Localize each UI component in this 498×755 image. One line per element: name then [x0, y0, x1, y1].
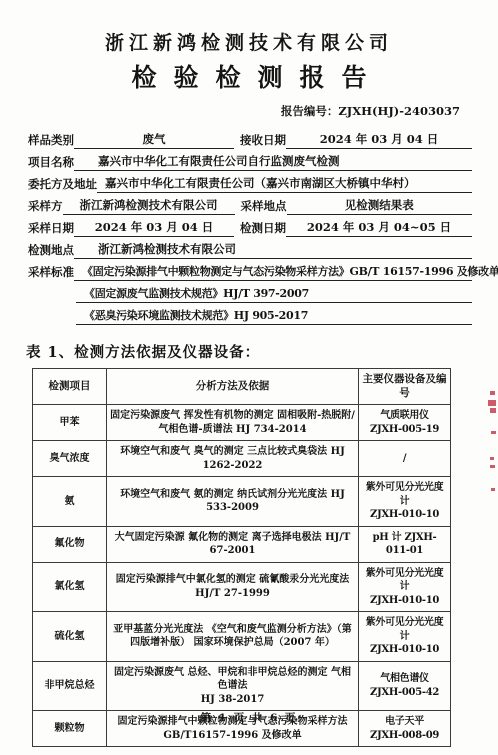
report-number-value: ZJXH(HJ)-2403037: [338, 104, 460, 118]
sampler-value: 浙江新鸿检测技术有限公司: [63, 197, 235, 215]
instrument-cell: 气质联用仪 ZJXH-005-19: [359, 405, 451, 441]
stamp-fragment: [491, 431, 496, 434]
methods-table-body: 甲苯 固定污染源废气 挥发性有机物的测定 固相吸附-热脱附/气相色谱-质谱法 H…: [33, 405, 451, 747]
col-header-item: 检测项目: [33, 369, 107, 405]
sampling-standard-3: 《恶臭污染环境监测技术规范》HJ 905-2017: [76, 307, 472, 325]
field-row-project: 项目名称 嘉兴市中华化工有限责任公司自行监测废气检测: [28, 149, 472, 171]
info-fields: 样品类别 废气 接收日期 2024 年 03 月 04 日 项目名称 嘉兴市中华…: [28, 127, 472, 325]
methods-table-header: 检测项目 分析方法及依据 主要仪器设备及编号: [33, 369, 451, 405]
table-row: 硫化氢 亚甲基蓝分光光度法 《空气和废气监测分析方法》（第四版增补版） 国家环境…: [33, 612, 451, 662]
item-cell: 臭气浓度: [33, 441, 107, 477]
instrument-cell: pH 计 ZJXH-011-01: [359, 526, 451, 562]
method-cell: 环境空气和废气 氨的测定 纳氏试剂分光光度法 HJ 533-2009: [107, 477, 359, 527]
method-cell: 亚甲基蓝分光光度法 《空气和废气监测分析方法》（第四版增补版） 国家环境保护总局…: [107, 612, 359, 662]
report-number-label: 报告编号：: [281, 104, 339, 118]
item-cell: 甲苯: [33, 405, 107, 441]
table-header-row: 检测项目 分析方法及依据 主要仪器设备及编号: [33, 369, 451, 405]
stamp-fragment: [488, 400, 496, 406]
method-cell: 环境空气和废气 臭气的测定 三点比较式臭袋法 HJ 1262-2022: [107, 441, 359, 477]
report-page: 浙江新鸿检测技术有限公司 检验检测报告 报告编号：ZJXH(HJ)-240303…: [0, 0, 498, 755]
test-site-label: 检测地点: [28, 242, 74, 259]
instrument-cell: 紫外可见分光光度计 ZJXH-010-10: [359, 562, 451, 612]
test-date-value: 2024 年 03 月 04~05 日: [286, 219, 472, 237]
table-row: 甲苯 固定污染源废气 挥发性有机物的测定 固相吸附-热脱附/气相色谱-质谱法 H…: [33, 405, 451, 441]
test-date-label: 检测日期: [240, 220, 286, 237]
sample-type-value: 废气: [74, 131, 234, 149]
stamp-fragment: [490, 408, 496, 413]
project-name-value: 嘉兴市中华化工有限责任公司自行监测废气检测: [74, 153, 472, 171]
method-cell: 固定污染源废气 挥发性有机物的测定 固相吸附-热脱附/气相色谱-质谱法 HJ 7…: [107, 405, 359, 441]
field-row-client: 委托方及地址 嘉兴市中华化工有限责任公司（嘉兴市南湖区大桥镇中华村）: [28, 171, 472, 193]
table-title: 表 1、检测方法依据及仪器设备：: [26, 341, 498, 362]
col-header-instrument: 主要仪器设备及编号: [359, 369, 451, 405]
company-name: 浙江新鸿检测技术有限公司: [0, 0, 498, 55]
method-cell: 固定污染源排气中氯化氢的测定 硫氰酸汞分光光度法 HJ/T 27-1999: [107, 562, 359, 612]
stamp-fragment: [490, 391, 495, 395]
table-row: 氯化氢 固定污染源排气中氯化氢的测定 硫氰酸汞分光光度法 HJ/T 27-199…: [33, 562, 451, 612]
field-row-sampling-standard-3: 《恶臭污染环境监测技术规范》HJ 905-2017: [28, 303, 472, 325]
field-row-dates: 采样日期 2024 年 03 月 04 日 检测日期 2024 年 03 月 0…: [28, 215, 472, 237]
sampling-site-label: 采样地点: [241, 198, 287, 215]
item-cell: 氨: [33, 477, 107, 527]
page-number: 第 1 页 共 6 页: [0, 710, 498, 725]
sampling-date-label: 采样日期: [28, 220, 74, 237]
instrument-cell: /: [359, 441, 451, 477]
method-cell: 固定污染源废气 总烃、甲烷和非甲烷总烃的测定 气相色谱法 HJ 38-2017: [107, 661, 359, 711]
project-name-label: 项目名称: [28, 154, 74, 171]
receive-date-label: 接收日期: [240, 132, 286, 149]
sampling-standard-1: 《固定污染源排气中颗粒物测定与气态污染物采样方法》GB/T 16157-1996…: [74, 263, 472, 281]
field-row-sampling-standard-2: 《固定源废气监测技术规范》HJ/T 397-2007: [28, 281, 472, 303]
client-address-value: 嘉兴市中华化工有限责任公司（嘉兴市南湖区大桥镇中华村）: [97, 175, 472, 193]
sampling-standard-label: 采样标准: [28, 264, 74, 281]
test-site-value: 浙江新鸿检测技术有限公司: [74, 241, 472, 259]
document-title-row: 检验检测报告: [0, 58, 498, 94]
sampler-label: 采样方: [28, 198, 63, 215]
sample-type-label: 样品类别: [28, 132, 74, 149]
item-cell: 硫化氢: [33, 612, 107, 662]
item-cell: 非甲烷总烃: [33, 661, 107, 711]
table-row: 氨 环境空气和废气 氨的测定 纳氏试剂分光光度法 HJ 533-2009 紫外可…: [33, 477, 451, 527]
col-header-method: 分析方法及依据: [107, 369, 359, 405]
instrument-cell: 紫外可见分光光度计 ZJXH-010-10: [359, 477, 451, 527]
document-title: 检验检测报告: [131, 63, 383, 92]
sampling-date-value: 2024 年 03 月 04 日: [74, 219, 234, 237]
sampling-site-value: 见检测结果表: [287, 197, 473, 215]
client-address-label: 委托方及地址: [28, 176, 97, 193]
table-row: 臭气浓度 环境空气和废气 臭气的测定 三点比较式臭袋法 HJ 1262-2022…: [33, 441, 451, 477]
stamp-fragment: [491, 488, 495, 491]
item-cell: 氯化氢: [33, 562, 107, 612]
instrument-cell: 紫外可见分光光度计 ZJXH-010-10: [359, 612, 451, 662]
instrument-cell: 气相色谱仪 ZJXH-005-42: [359, 661, 451, 711]
report-number-row: 报告编号：ZJXH(HJ)-2403037: [0, 103, 498, 119]
stamp-fragment: [490, 465, 495, 468]
field-row-sample-type: 样品类别 废气 接收日期 2024 年 03 月 04 日: [28, 127, 472, 149]
table-row: 氟化物 大气固定污染源 氟化物的测定 离子选择电极法 HJ/T 67-2001 …: [33, 526, 451, 562]
item-cell: 氟化物: [33, 526, 107, 562]
field-row-sampling-standard-1: 采样标准 《固定污染源排气中颗粒物测定与气态污染物采样方法》GB/T 16157…: [28, 259, 472, 281]
sampling-standard-2: 《固定源废气监测技术规范》HJ/T 397-2007: [76, 285, 472, 303]
field-row-test-site: 检测地点 浙江新鸿检测技术有限公司: [28, 237, 472, 259]
stamp-fragment: [490, 457, 494, 460]
method-cell: 大气固定污染源 氟化物的测定 离子选择电极法 HJ/T 67-2001: [107, 526, 359, 562]
field-row-sampler: 采样方 浙江新鸿检测技术有限公司 采样地点 见检测结果表: [28, 193, 472, 215]
receive-date-value: 2024 年 03 月 04 日: [286, 131, 472, 149]
table-row: 非甲烷总烃 固定污染源废气 总烃、甲烷和非甲烷总烃的测定 气相色谱法 HJ 38…: [33, 661, 451, 711]
methods-table: 检测项目 分析方法及依据 主要仪器设备及编号 甲苯 固定污染源废气 挥发性有机物…: [32, 368, 451, 747]
